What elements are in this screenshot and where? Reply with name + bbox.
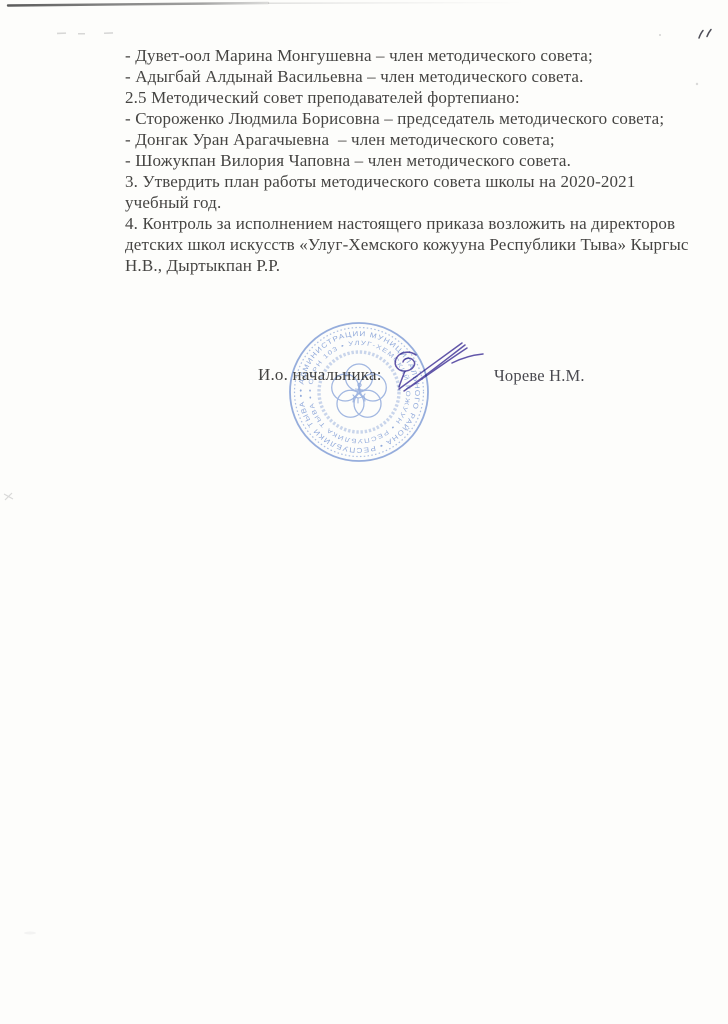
- stamp-outer-ring-text: • АДМИНИСТРАЦИИ МУНИЦИПАЛЬНОГО РАЙОНА • …: [298, 331, 420, 453]
- dust-speck: [659, 34, 661, 36]
- document-line: Н.В., Дыртыкпан Р.Р.: [125, 255, 705, 276]
- signature-stroke: [410, 348, 467, 387]
- signature-ink: [383, 316, 503, 406]
- svg-text:• ОГРН 103 • УЛУГ-ХЕМСКИЙ КОЖУ: • ОГРН 103 • УЛУГ-ХЕМСКИЙ КОЖУУН • РЕСПУ…: [307, 340, 411, 444]
- smudge-marks: [57, 32, 113, 34]
- pen-mark-top-right: [699, 30, 711, 39]
- document-line: 2.5 Методический совет преподавателей фо…: [125, 87, 705, 108]
- stamp-inner-text-blur-ring: [319, 352, 399, 432]
- signature-flourish: [452, 354, 483, 363]
- stamp-beaded-ring: [295, 328, 424, 457]
- stamp-inner-ring-text: • ОГРН 103 • УЛУГ-ХЕМСКИЙ КОЖУУН • РЕСПУ…: [307, 340, 411, 444]
- signatory-role-label: И.о. начальника:: [258, 365, 382, 385]
- faint-smudge: [24, 932, 36, 935]
- pencil-x-mark: [4, 493, 13, 500]
- document-line: - Дувет-оол Марина Монгушевна – член мет…: [125, 45, 705, 66]
- document-line: детских школ искусств «Улуг-Хемского кож…: [125, 234, 705, 255]
- signature-tail: [399, 371, 405, 387]
- scan-line-artifact: [8, 3, 524, 6]
- document-line: 3. Утвердить план работы методического с…: [125, 171, 705, 192]
- official-round-stamp: • АДМИНИСТРАЦИИ МУНИЦИПАЛЬНОГО РАЙОНА • …: [284, 317, 434, 467]
- document-line: - Донгак Уран Арагачыевна – член методич…: [125, 129, 705, 150]
- document-line: - Стороженко Людмила Борисовна – председ…: [125, 108, 705, 129]
- document-line: 4. Контроль за исполнением настоящего пр…: [125, 213, 705, 234]
- document-line: учебный год.: [125, 192, 705, 213]
- document-line: - Шожукпан Вилория Чаповна – член методи…: [125, 150, 705, 171]
- stamp-outer-border: [290, 323, 428, 461]
- signature-loop: [395, 352, 416, 371]
- signature-stroke: [399, 343, 462, 389]
- stamp-horseman-icon: [353, 383, 365, 403]
- svg-text:• АДМИНИСТРАЦИИ МУНИЦИПАЛЬНОГО: • АДМИНИСТРАЦИИ МУНИЦИПАЛЬНОГО РАЙОНА • …: [298, 331, 420, 453]
- signature-stroke: [404, 345, 465, 391]
- document-line: - Адыгбай Алдынай Васильевна – член мето…: [125, 66, 705, 87]
- signatory-name: Чореве Н.М.: [494, 366, 585, 386]
- scanned-document-page: - Дувет-оол Марина Монгушевна – член мет…: [0, 0, 728, 1024]
- document-body-text: - Дувет-оол Марина Монгушевна – член мет…: [125, 45, 705, 276]
